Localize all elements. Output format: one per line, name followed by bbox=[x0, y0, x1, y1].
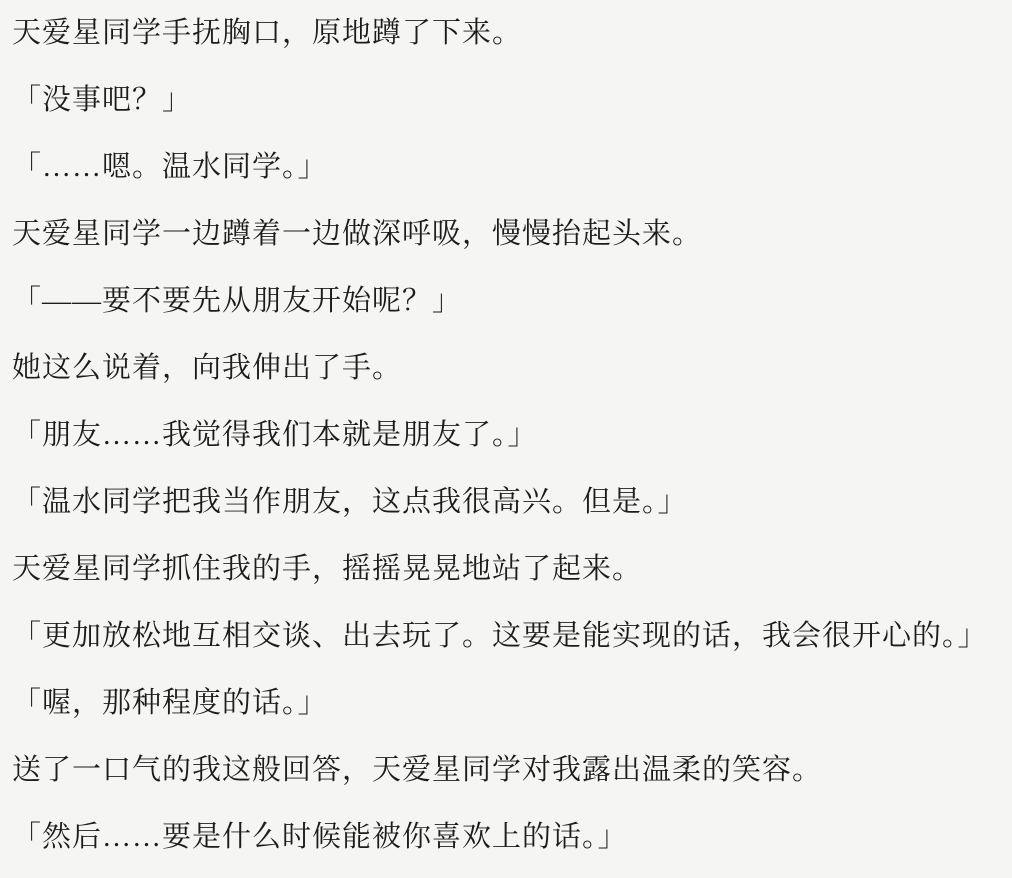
novel-paragraph: 天爱星同学抓住我的手，摇摇晃晃地站了起来。 bbox=[12, 554, 1004, 584]
novel-paragraph-dialogue: 「更加放松地互相交谈、出去玩了。这要是能实现的话，我会很开心的。」 bbox=[12, 621, 1004, 651]
novel-paragraph: 天爱星同学手抚胸口，原地蹲了下来。 bbox=[12, 18, 1004, 48]
novel-paragraph-dialogue: 「温水同学把我当作朋友，这点我很高兴。但是。」 bbox=[12, 487, 1004, 517]
novel-text-page: 天爱星同学手抚胸口，原地蹲了下来。 「没事吧？」 「……嗯。温水同学。」 天爱星… bbox=[0, 0, 1012, 878]
novel-paragraph: 天爱星同学一边蹲着一边做深呼吸，慢慢抬起头来。 bbox=[12, 219, 1004, 249]
novel-paragraph: 她这么说着，向我伸出了手。 bbox=[12, 353, 1004, 383]
novel-paragraph: 送了一口气的我这般回答，天爱星同学对我露出温柔的笑容。 bbox=[12, 755, 1004, 785]
novel-paragraph-dialogue: 「……嗯。温水同学。」 bbox=[12, 152, 1004, 182]
novel-paragraph-dialogue: 「然后……要是什么时候能被你喜欢上的话。」 bbox=[12, 822, 1004, 852]
novel-paragraph-dialogue: 「喔，那种程度的话。」 bbox=[12, 688, 1004, 718]
novel-paragraph-dialogue: 「没事吧？」 bbox=[12, 85, 1004, 115]
novel-paragraph-dialogue: 「朋友……我觉得我们本就是朋友了。」 bbox=[12, 420, 1004, 450]
novel-paragraph-dialogue: 「——要不要先从朋友开始呢？」 bbox=[12, 286, 1004, 316]
